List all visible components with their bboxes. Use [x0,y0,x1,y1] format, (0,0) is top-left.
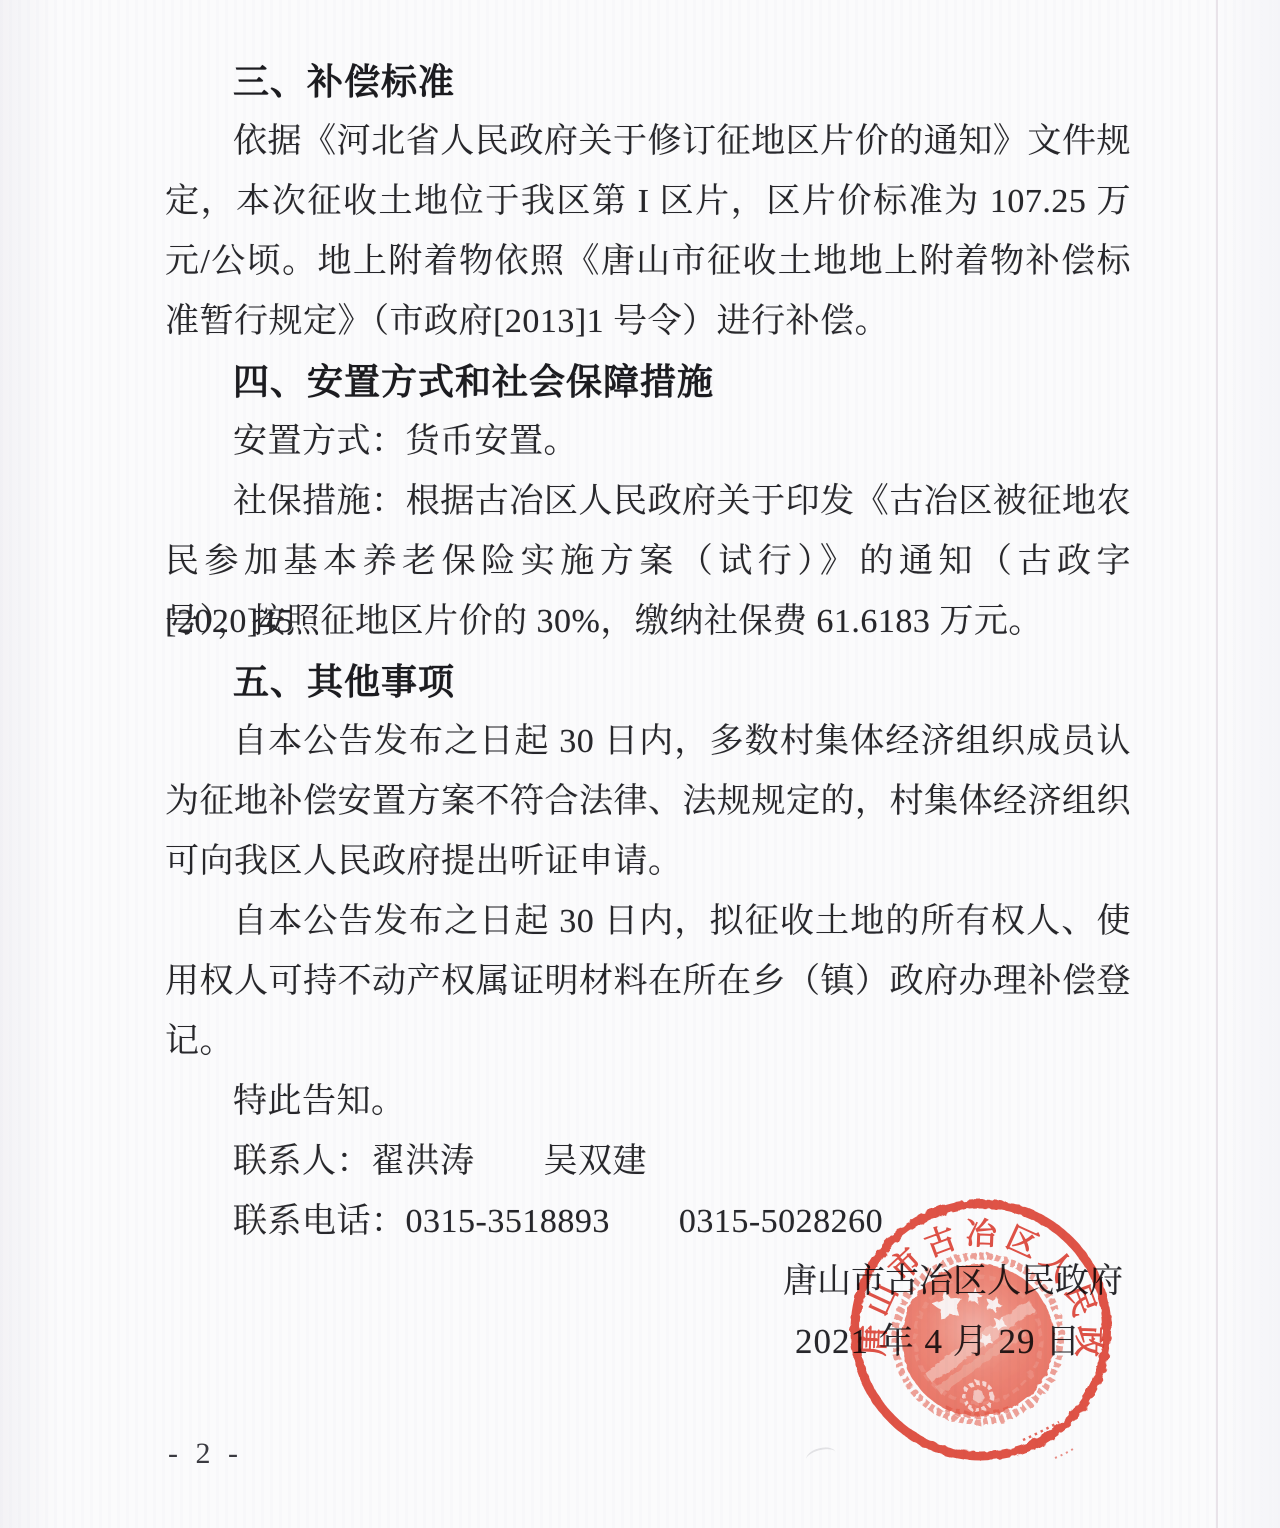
doc-line: 号），按照征地区片价的 30%，缴纳社保费 61.6183 万元。 [165,592,1131,652]
official-seal-stamp: 唐山市古冶区人民政府 [845,1190,1117,1470]
document-body: 三、补偿标准 依据《河北省人民政府关于修订征地区片价的通知》文件规 定，本次征收… [165,52,1131,1252]
heading-resettlement-social-security: 四、安置方式和社会保障措施 [165,352,1131,412]
doc-line: 定，本次征收土地位于我区第 I 区片，区片价标准为 107.25 万 [165,172,1131,232]
heading-compensation-standard: 三、补偿标准 [165,52,1131,112]
heading-other-matters: 五、其他事项 [165,652,1131,712]
doc-line: 民参加基本养老保险实施方案（试行）》的通知（古政字[2020]45 [165,532,1131,592]
doc-line: 用权人可持不动产权属证明材料在所在乡（镇）政府办理补偿登 [165,952,1131,1012]
doc-line: 依据《河北省人民政府关于修订征地区片价的通知》文件规 [165,112,1131,172]
doc-line: 元/公顷。地上附着物依照《唐山市征收土地地上附着物补偿标 [165,232,1131,292]
doc-line: 可向我区人民政府提出听证申请。 [165,832,1131,892]
page-number: - 2 - [168,1432,243,1476]
doc-line: 安置方式：货币安置。 [165,412,1131,472]
doc-line: 社保措施：根据古冶区人民政府关于印发《古冶区被征地农 [165,472,1131,532]
contact-person-line: 联系人：翟洪涛 吴双建 [165,1132,1131,1192]
doc-line: 为征地补偿安置方案不符合法律、法规规定的，村集体经济组织 [165,772,1131,832]
doc-line: 自本公告发布之日起 30 日内，拟征收土地的所有权人、使 [165,892,1131,952]
doc-line: 自本公告发布之日起 30 日内，多数村集体经济组织成员认 [165,712,1131,772]
pencil-smudge [805,1445,838,1468]
scanned-document-page: 三、补偿标准 依据《河北省人民政府关于修订征地区片价的通知》文件规 定，本次征收… [0,0,1280,1528]
notice-closing-line: 特此告知。 [165,1072,1131,1132]
doc-line: 准暂行规定》（市政府[2013]1 号令）进行补偿。 [165,292,1131,352]
scan-artifact-line [1216,0,1218,1528]
doc-line: 记。 [165,1012,1131,1072]
